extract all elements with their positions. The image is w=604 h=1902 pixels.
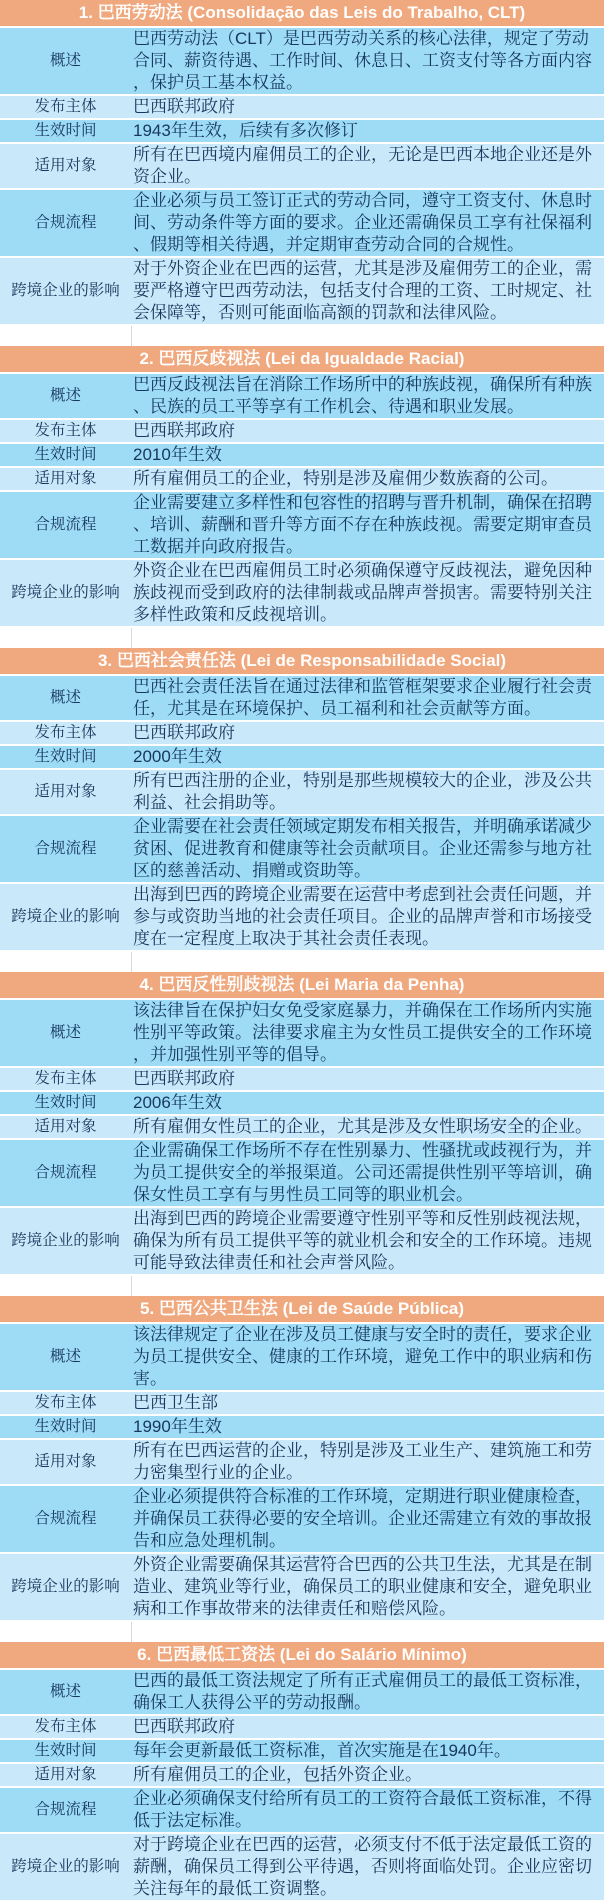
- row-label: 合规流程: [0, 1140, 131, 1206]
- row-label: 发布主体: [0, 1716, 131, 1738]
- row-label: 生效时间: [0, 1092, 131, 1114]
- table-row: 生效时间2000年生效: [0, 746, 604, 770]
- row-content: 该法律旨在保护妇女免受家庭暴力，并确保在工作场所内实施性别平等政策。法律要求雇主…: [131, 1000, 604, 1066]
- table-row: 发布主体巴西联邦政府: [0, 420, 604, 444]
- section-header-title: 2. 巴西反歧视法 (Lei da Igualdade Racial): [0, 346, 604, 374]
- row-content: 所有在巴西运营的企业，特别是涉及工业生产、建筑施工和劳力密集型行业的企业。: [131, 1440, 604, 1484]
- row-label: 适用对象: [0, 468, 131, 490]
- row-label: 生效时间: [0, 120, 131, 142]
- table-row: 概述巴西劳动法（CLT）是巴西劳动关系的核心法律，规定了劳动合同、薪资待遇、工作…: [0, 28, 604, 96]
- row-content: 企业需确保工作场所不存在性别暴力、性骚扰或歧视行为，并为员工提供安全的举报渠道。…: [131, 1140, 604, 1206]
- table-row: 合规流程企业必须与员工签订正式的劳动合同，遵守工资支付、休息时间、劳动条件等方面…: [0, 190, 604, 258]
- row-label: 合规流程: [0, 1486, 131, 1552]
- table-row: 生效时间1943年生效，后续有多次修订: [0, 120, 604, 144]
- table-row: 跨境企业的影响对于跨境企业在巴西的运营，必须支付不低于法定最低工资的薪酬，确保员…: [0, 1834, 604, 1902]
- row-content: 每年会更新最低工资标准，首次实施是在1940年。: [131, 1740, 604, 1762]
- section-gap: [0, 952, 604, 972]
- row-label: 发布主体: [0, 1068, 131, 1090]
- row-label: 适用对象: [0, 1764, 131, 1786]
- row-content: 企业需要建立多样性和包容性的招聘与晋升机制，确保在招聘、培训、薪酬和晋升等方面不…: [131, 492, 604, 558]
- column-divider-line: [131, 1622, 132, 1642]
- row-label: 发布主体: [0, 1392, 131, 1414]
- law-compliance-table: 1. 巴西劳动法 (Consolidação das Leis do Traba…: [0, 0, 604, 1902]
- row-content: 企业必须与员工签订正式的劳动合同，遵守工资支付、休息时间、劳动条件等方面的要求。…: [131, 190, 604, 256]
- table-row: 概述巴西社会责任法旨在通过法律和监管框架要求企业履行社会责任，尤其是在环境保护、…: [0, 676, 604, 722]
- row-content: 1943年生效，后续有多次修订: [131, 120, 604, 142]
- row-content: 1990年生效: [131, 1416, 604, 1438]
- row-label: 概述: [0, 28, 131, 94]
- row-content: 巴西卫生部: [131, 1392, 604, 1414]
- row-content: 所有雇佣女性员工的企业，尤其是涉及女性职场安全的企业。: [131, 1116, 604, 1138]
- table-row: 适用对象所有雇佣女性员工的企业，尤其是涉及女性职场安全的企业。: [0, 1116, 604, 1140]
- row-content: 外资企业需要确保其运营符合巴西的公共卫生法，尤其是在制造业、建筑业等行业，确保员…: [131, 1554, 604, 1620]
- section-header-title: 1. 巴西劳动法 (Consolidação das Leis do Traba…: [0, 0, 604, 28]
- row-label: 跨境企业的影响: [0, 1834, 131, 1900]
- row-label: 合规流程: [0, 190, 131, 256]
- table-row: 跨境企业的影响出海到巴西的跨境企业需要遵守性别平等和反性别歧视法规，确保为所有员…: [0, 1208, 604, 1276]
- section-header-title: 3. 巴西社会责任法 (Lei de Responsabilidade Soci…: [0, 648, 604, 676]
- section-gap: [0, 628, 604, 648]
- row-label: 发布主体: [0, 96, 131, 118]
- table-row: 合规流程企业需要在社会责任领域定期发布相关报告，并明确承诺减少贫困、促进教育和健…: [0, 816, 604, 884]
- law-section-6: 6. 巴西最低工资法 (Lei do Salário Mínimo)概述巴西的最…: [0, 1642, 604, 1902]
- table-row: 生效时间2006年生效: [0, 1092, 604, 1116]
- law-section-2: 2. 巴西反歧视法 (Lei da Igualdade Racial)概述巴西反…: [0, 346, 604, 648]
- row-label: 概述: [0, 374, 131, 418]
- table-row: 适用对象所有在巴西运营的企业，特别是涉及工业生产、建筑施工和劳力密集型行业的企业…: [0, 1440, 604, 1486]
- table-row: 跨境企业的影响对于外资企业在巴西的运营，尤其是涉及雇佣劳工的企业，需要严格遵守巴…: [0, 258, 604, 326]
- row-label: 生效时间: [0, 1740, 131, 1762]
- row-content: 巴西联邦政府: [131, 722, 604, 744]
- row-content: 出海到巴西的跨境企业需要在运营中考虑到社会责任问题，并参与或资助当地的社会责任项…: [131, 884, 604, 950]
- row-content: 对于外资企业在巴西的运营，尤其是涉及雇佣劳工的企业，需要严格遵守巴西劳动法，包括…: [131, 258, 604, 324]
- row-label: 概述: [0, 1000, 131, 1066]
- row-content: 2000年生效: [131, 746, 604, 768]
- table-row: 发布主体巴西联邦政府: [0, 1068, 604, 1092]
- table-row: 合规流程企业需要建立多样性和包容性的招聘与晋升机制，确保在招聘、培训、薪酬和晋升…: [0, 492, 604, 560]
- row-content: 巴西联邦政府: [131, 420, 604, 442]
- row-content: 对于跨境企业在巴西的运营，必须支付不低于法定最低工资的薪酬，确保员工得到公平待遇…: [131, 1834, 604, 1900]
- row-content: 企业需要在社会责任领域定期发布相关报告，并明确承诺减少贫困、促进教育和健康等社会…: [131, 816, 604, 882]
- row-label: 生效时间: [0, 746, 131, 768]
- row-content: 外资企业在巴西雇佣员工时必须确保遵守反歧视法，避免因种族歧视而受到政府的法律制裁…: [131, 560, 604, 626]
- table-row: 概述巴西反歧视法旨在消除工作场所中的种族歧视，确保所有种族、民族的员工平等享有工…: [0, 374, 604, 420]
- table-row: 合规流程企业必须提供符合标准的工作环境，定期进行职业健康检查，并确保员工获得必要…: [0, 1486, 604, 1554]
- row-content: 企业必须提供符合标准的工作环境，定期进行职业健康检查，并确保员工获得必要的安全培…: [131, 1486, 604, 1552]
- table-row: 发布主体巴西联邦政府: [0, 722, 604, 746]
- row-label: 概述: [0, 676, 131, 720]
- table-row: 生效时间每年会更新最低工资标准，首次实施是在1940年。: [0, 1740, 604, 1764]
- row-label: 发布主体: [0, 722, 131, 744]
- law-section-1: 1. 巴西劳动法 (Consolidação das Leis do Traba…: [0, 0, 604, 346]
- table-row: 概述该法律旨在保护妇女免受家庭暴力，并确保在工作场所内实施性别平等政策。法律要求…: [0, 1000, 604, 1068]
- section-header-title: 5. 巴西公共卫生法 (Lei de Saúde Pública): [0, 1296, 604, 1324]
- column-divider-line: [131, 952, 132, 972]
- law-section-3: 3. 巴西社会责任法 (Lei de Responsabilidade Soci…: [0, 648, 604, 972]
- section-gap: [0, 1622, 604, 1642]
- row-content: 所有巴西注册的企业，特别是那些规模较大的企业，涉及公共利益、社会捐助等。: [131, 770, 604, 814]
- row-label: 跨境企业的影响: [0, 884, 131, 950]
- row-label: 合规流程: [0, 816, 131, 882]
- section-header-title: 6. 巴西最低工资法 (Lei do Salário Mínimo): [0, 1642, 604, 1670]
- row-label: 生效时间: [0, 1416, 131, 1438]
- table-row: 概述该法律规定了企业在涉及员工健康与安全时的责任，要求企业为员工提供安全、健康的…: [0, 1324, 604, 1392]
- row-label: 合规流程: [0, 492, 131, 558]
- table-row: 适用对象所有雇佣员工的企业，包括外资企业。: [0, 1764, 604, 1788]
- row-content: 2010年生效: [131, 444, 604, 466]
- row-label: 生效时间: [0, 444, 131, 466]
- table-row: 适用对象所有巴西注册的企业，特别是那些规模较大的企业，涉及公共利益、社会捐助等。: [0, 770, 604, 816]
- table-row: 合规流程企业需确保工作场所不存在性别暴力、性骚扰或歧视行为，并为员工提供安全的举…: [0, 1140, 604, 1208]
- row-content: 所有雇佣员工的企业，包括外资企业。: [131, 1764, 604, 1786]
- column-divider-line: [131, 1276, 132, 1296]
- table-row: 适用对象所有在巴西境内雇佣员工的企业，无论是巴西本地企业还是外资企业。: [0, 144, 604, 190]
- row-content: 企业必须确保支付给所有员工的工资符合最低工资标准，不得低于法定标准。: [131, 1788, 604, 1832]
- row-label: 适用对象: [0, 770, 131, 814]
- table-row: 发布主体巴西联邦政府: [0, 1716, 604, 1740]
- sections-container: 1. 巴西劳动法 (Consolidação das Leis do Traba…: [0, 0, 604, 1902]
- table-row: 发布主体巴西卫生部: [0, 1392, 604, 1416]
- table-row: 跨境企业的影响外资企业在巴西雇佣员工时必须确保遵守反歧视法，避免因种族歧视而受到…: [0, 560, 604, 628]
- row-label: 发布主体: [0, 420, 131, 442]
- section-gap: [0, 1276, 604, 1296]
- row-content: 巴西联邦政府: [131, 1716, 604, 1738]
- section-header-title: 4. 巴西反性别歧视法 (Lei Maria da Penha): [0, 972, 604, 1000]
- row-content: 所有雇佣员工的企业，特别是涉及雇佣少数族裔的公司。: [131, 468, 604, 490]
- table-row: 适用对象所有雇佣员工的企业，特别是涉及雇佣少数族裔的公司。: [0, 468, 604, 492]
- row-label: 跨境企业的影响: [0, 1554, 131, 1620]
- row-label: 适用对象: [0, 1440, 131, 1484]
- table-row: 跨境企业的影响外资企业需要确保其运营符合巴西的公共卫生法，尤其是在制造业、建筑业…: [0, 1554, 604, 1622]
- row-content: 巴西社会责任法旨在通过法律和监管框架要求企业履行社会责任，尤其是在环境保护、员工…: [131, 676, 604, 720]
- table-row: 合规流程企业必须确保支付给所有员工的工资符合最低工资标准，不得低于法定标准。: [0, 1788, 604, 1834]
- row-content: 所有在巴西境内雇佣员工的企业，无论是巴西本地企业还是外资企业。: [131, 144, 604, 188]
- row-label: 概述: [0, 1324, 131, 1390]
- section-gap: [0, 326, 604, 346]
- table-row: 跨境企业的影响出海到巴西的跨境企业需要在运营中考虑到社会责任问题，并参与或资助当…: [0, 884, 604, 952]
- table-row: 生效时间1990年生效: [0, 1416, 604, 1440]
- row-content: 巴西反歧视法旨在消除工作场所中的种族歧视，确保所有种族、民族的员工平等享有工作机…: [131, 374, 604, 418]
- table-row: 发布主体巴西联邦政府: [0, 96, 604, 120]
- row-content: 出海到巴西的跨境企业需要遵守性别平等和反性别歧视法规，确保为所有员工提供平等的就…: [131, 1208, 604, 1274]
- row-label: 合规流程: [0, 1788, 131, 1832]
- law-section-4: 4. 巴西反性别歧视法 (Lei Maria da Penha)概述该法律旨在保…: [0, 972, 604, 1296]
- row-label: 适用对象: [0, 1116, 131, 1138]
- row-label: 跨境企业的影响: [0, 258, 131, 324]
- row-content: 2006年生效: [131, 1092, 604, 1114]
- row-label: 概述: [0, 1670, 131, 1714]
- row-content: 巴西联邦政府: [131, 1068, 604, 1090]
- row-content: 巴西的最低工资法规定了所有正式雇佣员工的最低工资标准，确保工人获得公平的劳动报酬…: [131, 1670, 604, 1714]
- law-section-5: 5. 巴西公共卫生法 (Lei de Saúde Pública)概述该法律规定…: [0, 1296, 604, 1642]
- row-label: 跨境企业的影响: [0, 560, 131, 626]
- row-label: 跨境企业的影响: [0, 1208, 131, 1274]
- row-label: 适用对象: [0, 144, 131, 188]
- column-divider-line: [131, 628, 132, 648]
- column-divider-line: [131, 326, 132, 346]
- row-content: 该法律规定了企业在涉及员工健康与安全时的责任，要求企业为员工提供安全、健康的工作…: [131, 1324, 604, 1390]
- table-row: 概述巴西的最低工资法规定了所有正式雇佣员工的最低工资标准，确保工人获得公平的劳动…: [0, 1670, 604, 1716]
- table-row: 生效时间2010年生效: [0, 444, 604, 468]
- row-content: 巴西联邦政府: [131, 96, 604, 118]
- row-content: 巴西劳动法（CLT）是巴西劳动关系的核心法律，规定了劳动合同、薪资待遇、工作时间…: [131, 28, 604, 94]
